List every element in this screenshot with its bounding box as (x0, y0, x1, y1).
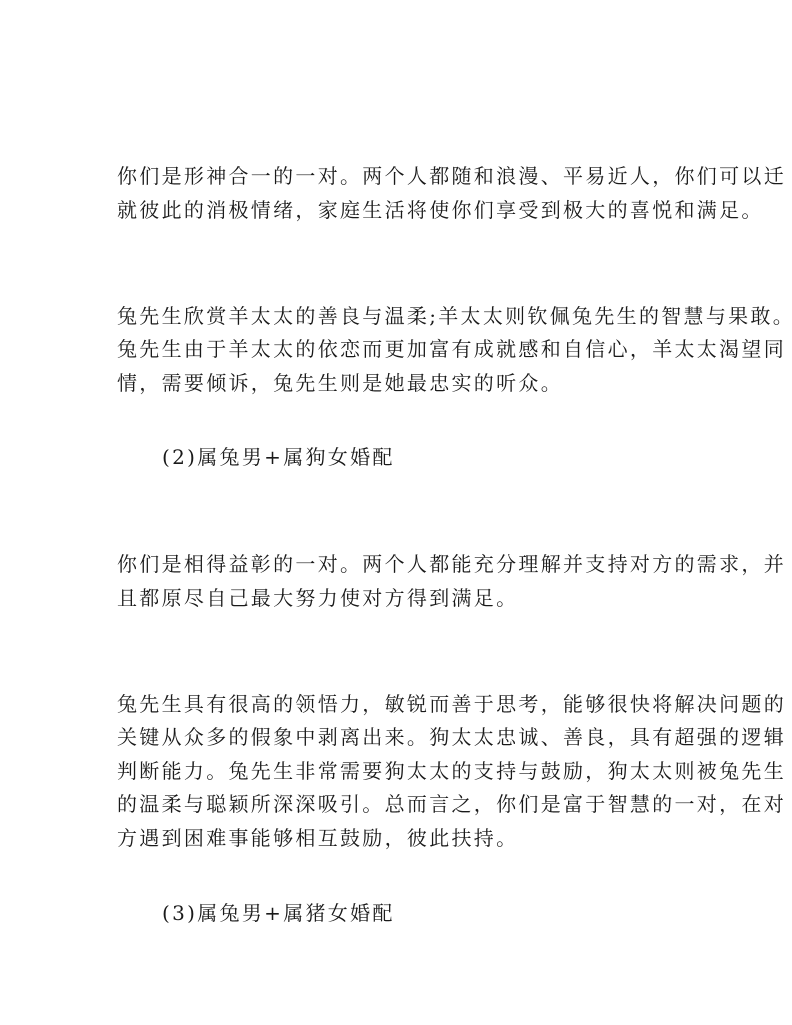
paragraph-line: 方遇到困难事能够相互鼓励，彼此扶持。 (117, 826, 662, 850)
paragraph-line: 兔先生由于羊太太的依恋而更加富有成就感和自信心，羊太太渴望同 (117, 337, 662, 361)
section-heading-dog: (2)属兔男+属狗女婚配 (162, 445, 707, 469)
paragraph-line: 情，需要倾诉，兔先生则是她最忠实的听众。 (117, 371, 662, 395)
paragraph-line: 你们是形神合一的一对。两个人都随和浪漫、平易近人，你们可以迁 (117, 164, 662, 188)
document-page: 你们是形神合一的一对。两个人都随和浪漫、平易近人，你们可以迁 就彼此的消极情绪，… (0, 0, 792, 1025)
paragraph-line: 就彼此的消极情绪，家庭生活将使你们享受到极大的喜悦和满足。 (117, 198, 662, 222)
section-heading-pig: (3)属兔男+属猪女婚配 (162, 901, 707, 925)
paragraph-line: 兔先生具有很高的领悟力，敏锐而善于思考，能够很快将解决问题的 (117, 692, 662, 716)
paragraph-line: 且都原尽自己最大努力使对方得到满足。 (117, 586, 662, 610)
paragraph-line: 判断能力。兔先生非常需要狗太太的支持与鼓励，狗太太则被兔先生 (117, 759, 662, 783)
paragraph-line: 兔先生欣赏羊太太的善良与温柔;羊太太则钦佩兔先生的智慧与果敢。 (117, 304, 662, 328)
paragraph-line: 关键从众多的假象中剥离出来。狗太太忠诚、善良，具有超强的逻辑 (117, 725, 662, 749)
paragraph-line: 的温柔与聪颖所深深吸引。总而言之，你们是富于智慧的一对，在对 (117, 792, 662, 816)
paragraph-line: 你们是相得益彰的一对。两个人都能充分理解并支持对方的需求，并 (117, 552, 662, 576)
